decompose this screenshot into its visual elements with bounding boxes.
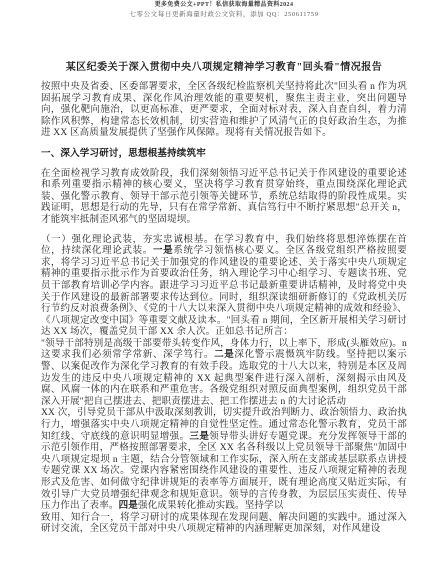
emphasis-text-run: 二是 <box>214 350 234 360</box>
emphasis-text-run: 四是 <box>119 501 138 511</box>
document-content: 某区纪委关于深入贯彻中央八项规定精神学习教育"回头看"情况报告 按照中央及省委、… <box>0 61 448 536</box>
text-run: 深化警示震慑筑牢防线。坚持把以案示警、以案促改作为深化学习教育的有效手段。选取党… <box>41 350 407 441</box>
body-paragraph: 按照中央及省委、区委部署要求，全区各级纪检监察机关坚持将此次"回头看 n 作为巩… <box>41 82 407 140</box>
section-heading: 一、深入学习研讨，思想根基持续筑牢 <box>41 149 407 161</box>
text-run: 按照中央及省委、区委部署要求，全区各级纪检监察机关坚持将此次"回头看 n 作为巩… <box>41 82 407 138</box>
document-page: 更多免费公文+PPT！私信获取海量精品资料2024 七零公文每日更新海量时政公文… <box>0 0 448 580</box>
body-paragraph: （一）强化理论武装，夯实忠诚根基。在学习教育中，我们始终将思想淬炼摆在首位，持续… <box>41 235 407 536</box>
promo-header-line2: 七零公文每日更新海量时政公文资料，添加 QQ：250611759 <box>0 10 448 19</box>
body-paragraph: 在全面检视学习教育成效阶段，我们深刻领悟习近平总书记关于作风建设的重要论述和系列… <box>41 169 407 227</box>
text-run: 在全面检视学习教育成效阶段，我们深刻领悟习近平总书记关于作风建设的重要论述和系列… <box>41 169 407 225</box>
text-run: 系统学习领悟核心要义。全区各级党组织严格按照要求，将学习习近平总书记关于加强党的… <box>41 246 410 360</box>
promo-header: 更多免费公文+PPT！私信获取海量精品资料2024 七零公文每日更新海量时政公文… <box>0 0 448 19</box>
text-run: 领导带头讲好专题党课。充分发挥领导干部的示范引领作用，严格按照部署要求，全区 X… <box>41 432 407 512</box>
document-title: 某区纪委关于深入贯彻中央八项规定精神学习教育"回头看"情况报告 <box>41 61 407 74</box>
promo-header-line1: 更多免费公文+PPT！私信获取海量精品资料2024 <box>0 1 448 9</box>
document-body: 按照中央及省委、区委部署要求，全区各级纪检监察机关坚持将此次"回头看 n 作为巩… <box>41 82 407 536</box>
emphasis-text-run: 一、深入学习研讨，思想根基持续筑牢 <box>41 149 206 159</box>
emphasis-text-run: 一是 <box>153 246 173 256</box>
emphasis-text-run: 三是 <box>189 432 209 442</box>
